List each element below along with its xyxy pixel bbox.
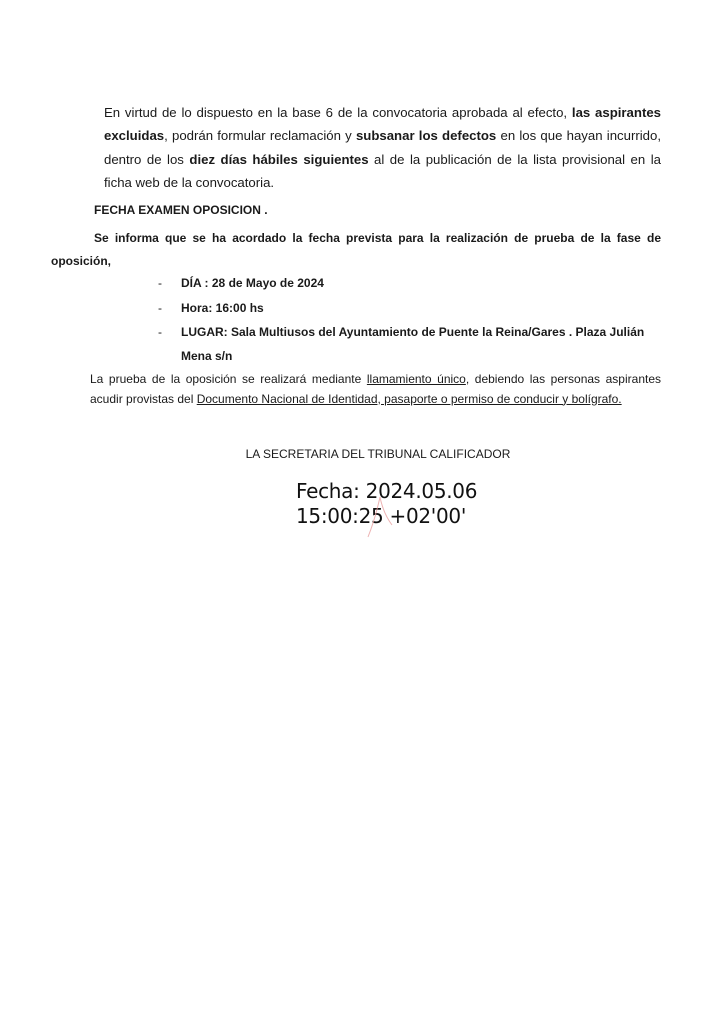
id-documents-underlined: Documento Nacional de Identidad, pasapor… (197, 392, 622, 406)
exclusion-claims-paragraph: En virtud de lo dispuesto en la base 6 d… (104, 101, 661, 194)
exam-intro-paragraph: Se informa que se ha acordado la fecha p… (51, 227, 661, 273)
exam-detail-place: - LUGAR: Sala Multiusos del Ayuntamiento… (158, 321, 668, 368)
exam-time-text: Hora: 16:00 hs (181, 301, 264, 315)
single-call-underlined: llamamiento único (367, 372, 466, 386)
bullet-dash: - (158, 297, 162, 321)
signatory-title: LA SECRETARIA DEL TRIBUNAL CALIFICADOR (0, 447, 724, 461)
p1-seg-2: , podrán formular reclamación y (164, 128, 356, 143)
exam-date-heading: FECHA EXAMEN OPOSICION . (94, 203, 268, 217)
document-page: En virtud de lo dispuesto en la base 6 d… (0, 0, 724, 1024)
p1-seg-5: diez días hábiles siguientes (189, 152, 368, 167)
signature-date: Fecha: 2024.05.06 (296, 479, 477, 504)
exam-day-text: DÍA : 28 de Mayo de 2024 (181, 276, 324, 290)
exam-details-list: - DÍA : 28 de Mayo de 2024 - Hora: 16:00… (158, 272, 668, 369)
exam-detail-time: - Hora: 16:00 hs (158, 297, 668, 321)
digital-signature-stamp: Fecha: 2024.05.06 15:00:25 +02'00' (296, 479, 477, 529)
bullet-dash: - (158, 321, 162, 345)
bullet-dash: - (158, 272, 162, 296)
exam-detail-day: - DÍA : 28 de Mayo de 2024 (158, 272, 668, 296)
exam-place-text: LUGAR: Sala Multiusos del Ayuntamiento d… (181, 325, 644, 363)
exam-requirements-paragraph: La prueba de la oposición se realizará m… (90, 370, 661, 409)
p2-before: La prueba de la oposición se realizará m… (90, 372, 367, 386)
p1-seg-3: subsanar los defectos (356, 128, 496, 143)
signature-time: 15:00:25 +02'00' (296, 504, 477, 529)
p1-seg-0: En virtud de lo dispuesto en la base 6 d… (104, 105, 572, 120)
